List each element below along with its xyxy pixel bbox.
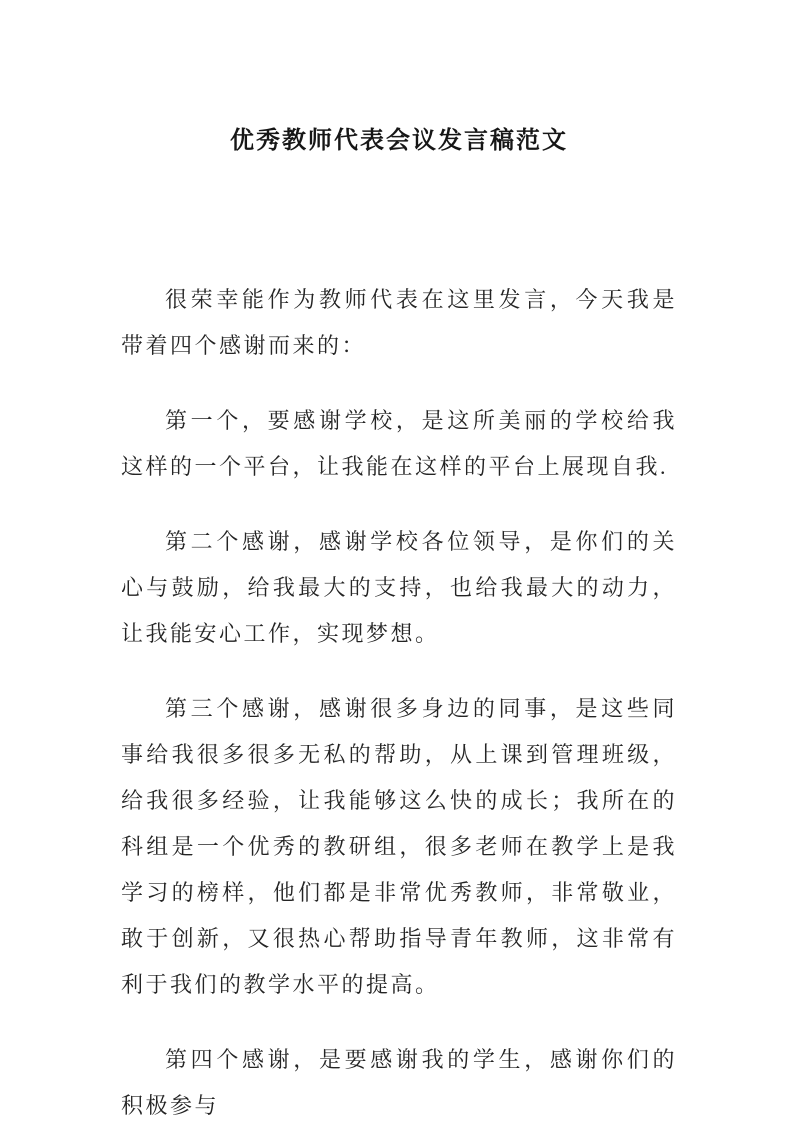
paragraph-fourth-thanks: 第四个感谢，是要感谢我的学生，感谢你们的积极参与 — [121, 1037, 677, 1122]
paragraph-third-thanks: 第三个感谢，感谢很多身边的同事，是这些同事给我很多很多无私的帮助，从上课到管理班… — [121, 686, 677, 1008]
paragraph-intro: 很荣幸能作为教师代表在这里发言，今天我是带着四个感谢而来的： — [121, 277, 677, 369]
paragraph-first-thanks: 第一个，要感谢学校，是这所美丽的学校给我这样的一个平台，让我能在这样的平台上展现… — [121, 398, 677, 490]
document-title: 优秀教师代表会议发言稿范文 — [121, 128, 677, 155]
document-body: 很荣幸能作为教师代表在这里发言，今天我是带着四个感谢而来的： 第一个，要感谢学校… — [121, 277, 677, 1122]
paragraph-second-thanks: 第二个感谢，感谢学校各位领导，是你们的关心与鼓励，给我最大的支持，也给我最大的动… — [121, 519, 677, 657]
document-page: 优秀教师代表会议发言稿范文 很荣幸能作为教师代表在这里发言，今天我是带着四个感谢… — [0, 0, 793, 1122]
